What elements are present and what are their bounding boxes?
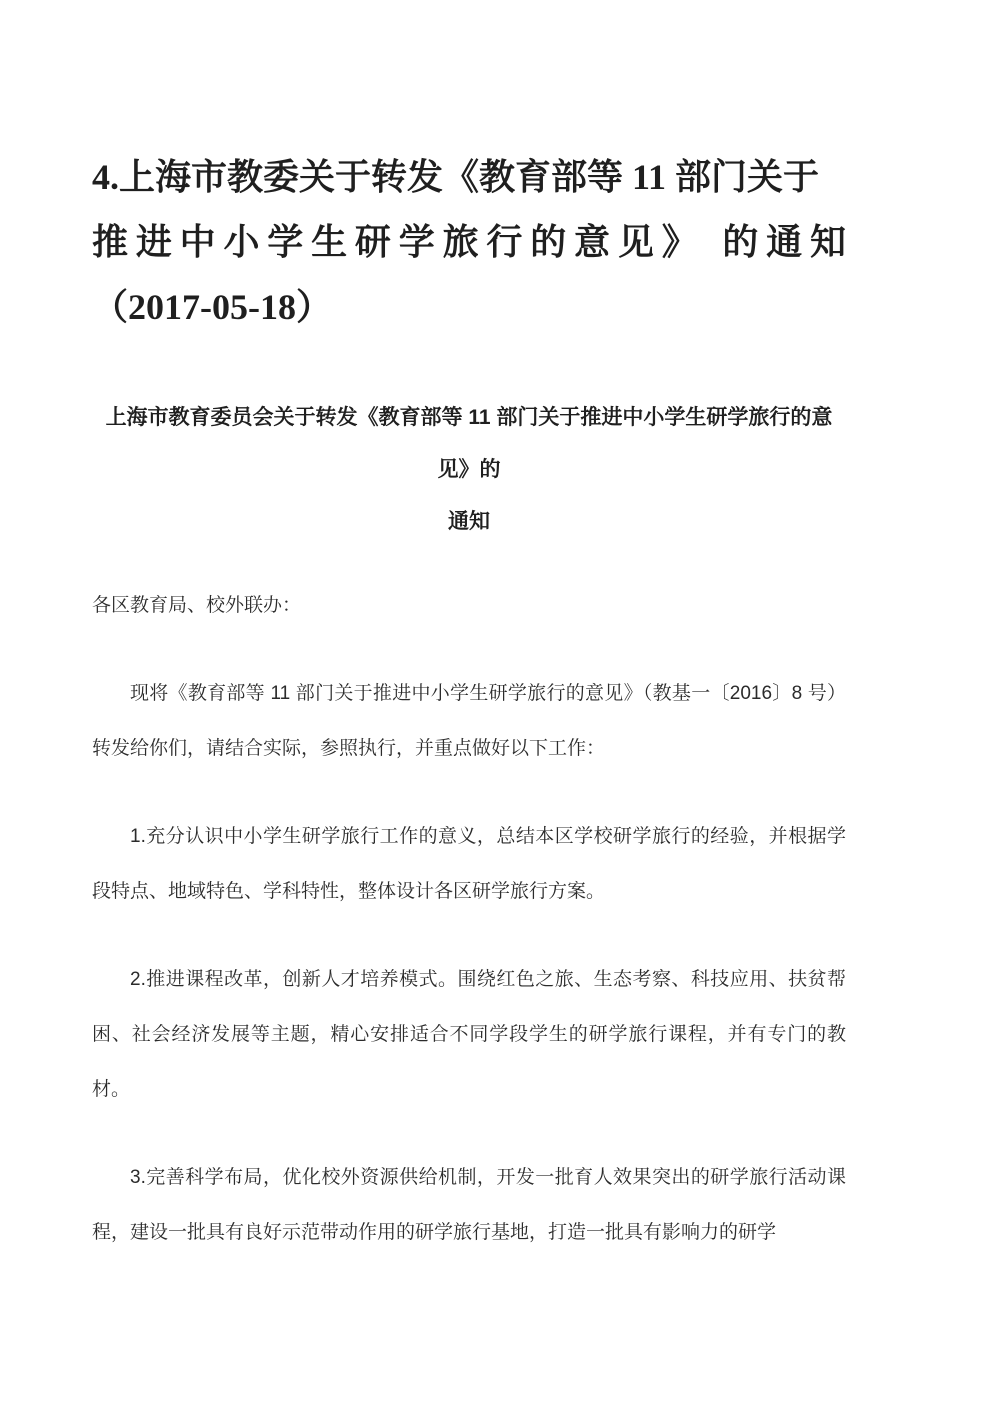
- paragraph-intro: 现将《教育部等 11 部门关于推进中小学生研学旅行的意见》（教基一〔2016〕8…: [92, 666, 846, 776]
- document-subtitle: 上海市教育委员会关于转发《教育部等 11 部门关于推进中小学生研学旅行的意见》的…: [92, 392, 846, 548]
- title-line-3: （2017-05-18）: [92, 275, 846, 340]
- paragraph-item-3: 3.完善科学布局，优化校外资源供给机制，开发一批育人效果突出的研学旅行活动课程，…: [92, 1150, 846, 1260]
- title-line-1: 4.上海市教委关于转发《教育部等 11 部门关于: [92, 145, 846, 210]
- title-line-2: 推进中小学生研学旅行的意见》 的通知: [92, 210, 846, 275]
- subtitle-line-2: 通知: [92, 496, 846, 548]
- paragraph-item-2: 2.推进课程改革，创新人才培养模式。围绕红色之旅、生态考察、科技应用、扶贫帮困、…: [92, 952, 846, 1117]
- paragraph-item-1: 1.充分认识中小学生研学旅行工作的意义，总结本区学校研学旅行的经验，并根据学段特…: [92, 809, 846, 919]
- subtitle-line-1: 上海市教育委员会关于转发《教育部等 11 部门关于推进中小学生研学旅行的意见》的: [92, 392, 846, 496]
- document-page: 4.上海市教委关于转发《教育部等 11 部门关于 推进中小学生研学旅行的意见》 …: [0, 0, 992, 1403]
- salutation: 各区教育局、校外联办：: [92, 578, 846, 633]
- document-title: 4.上海市教委关于转发《教育部等 11 部门关于 推进中小学生研学旅行的意见》 …: [92, 145, 846, 340]
